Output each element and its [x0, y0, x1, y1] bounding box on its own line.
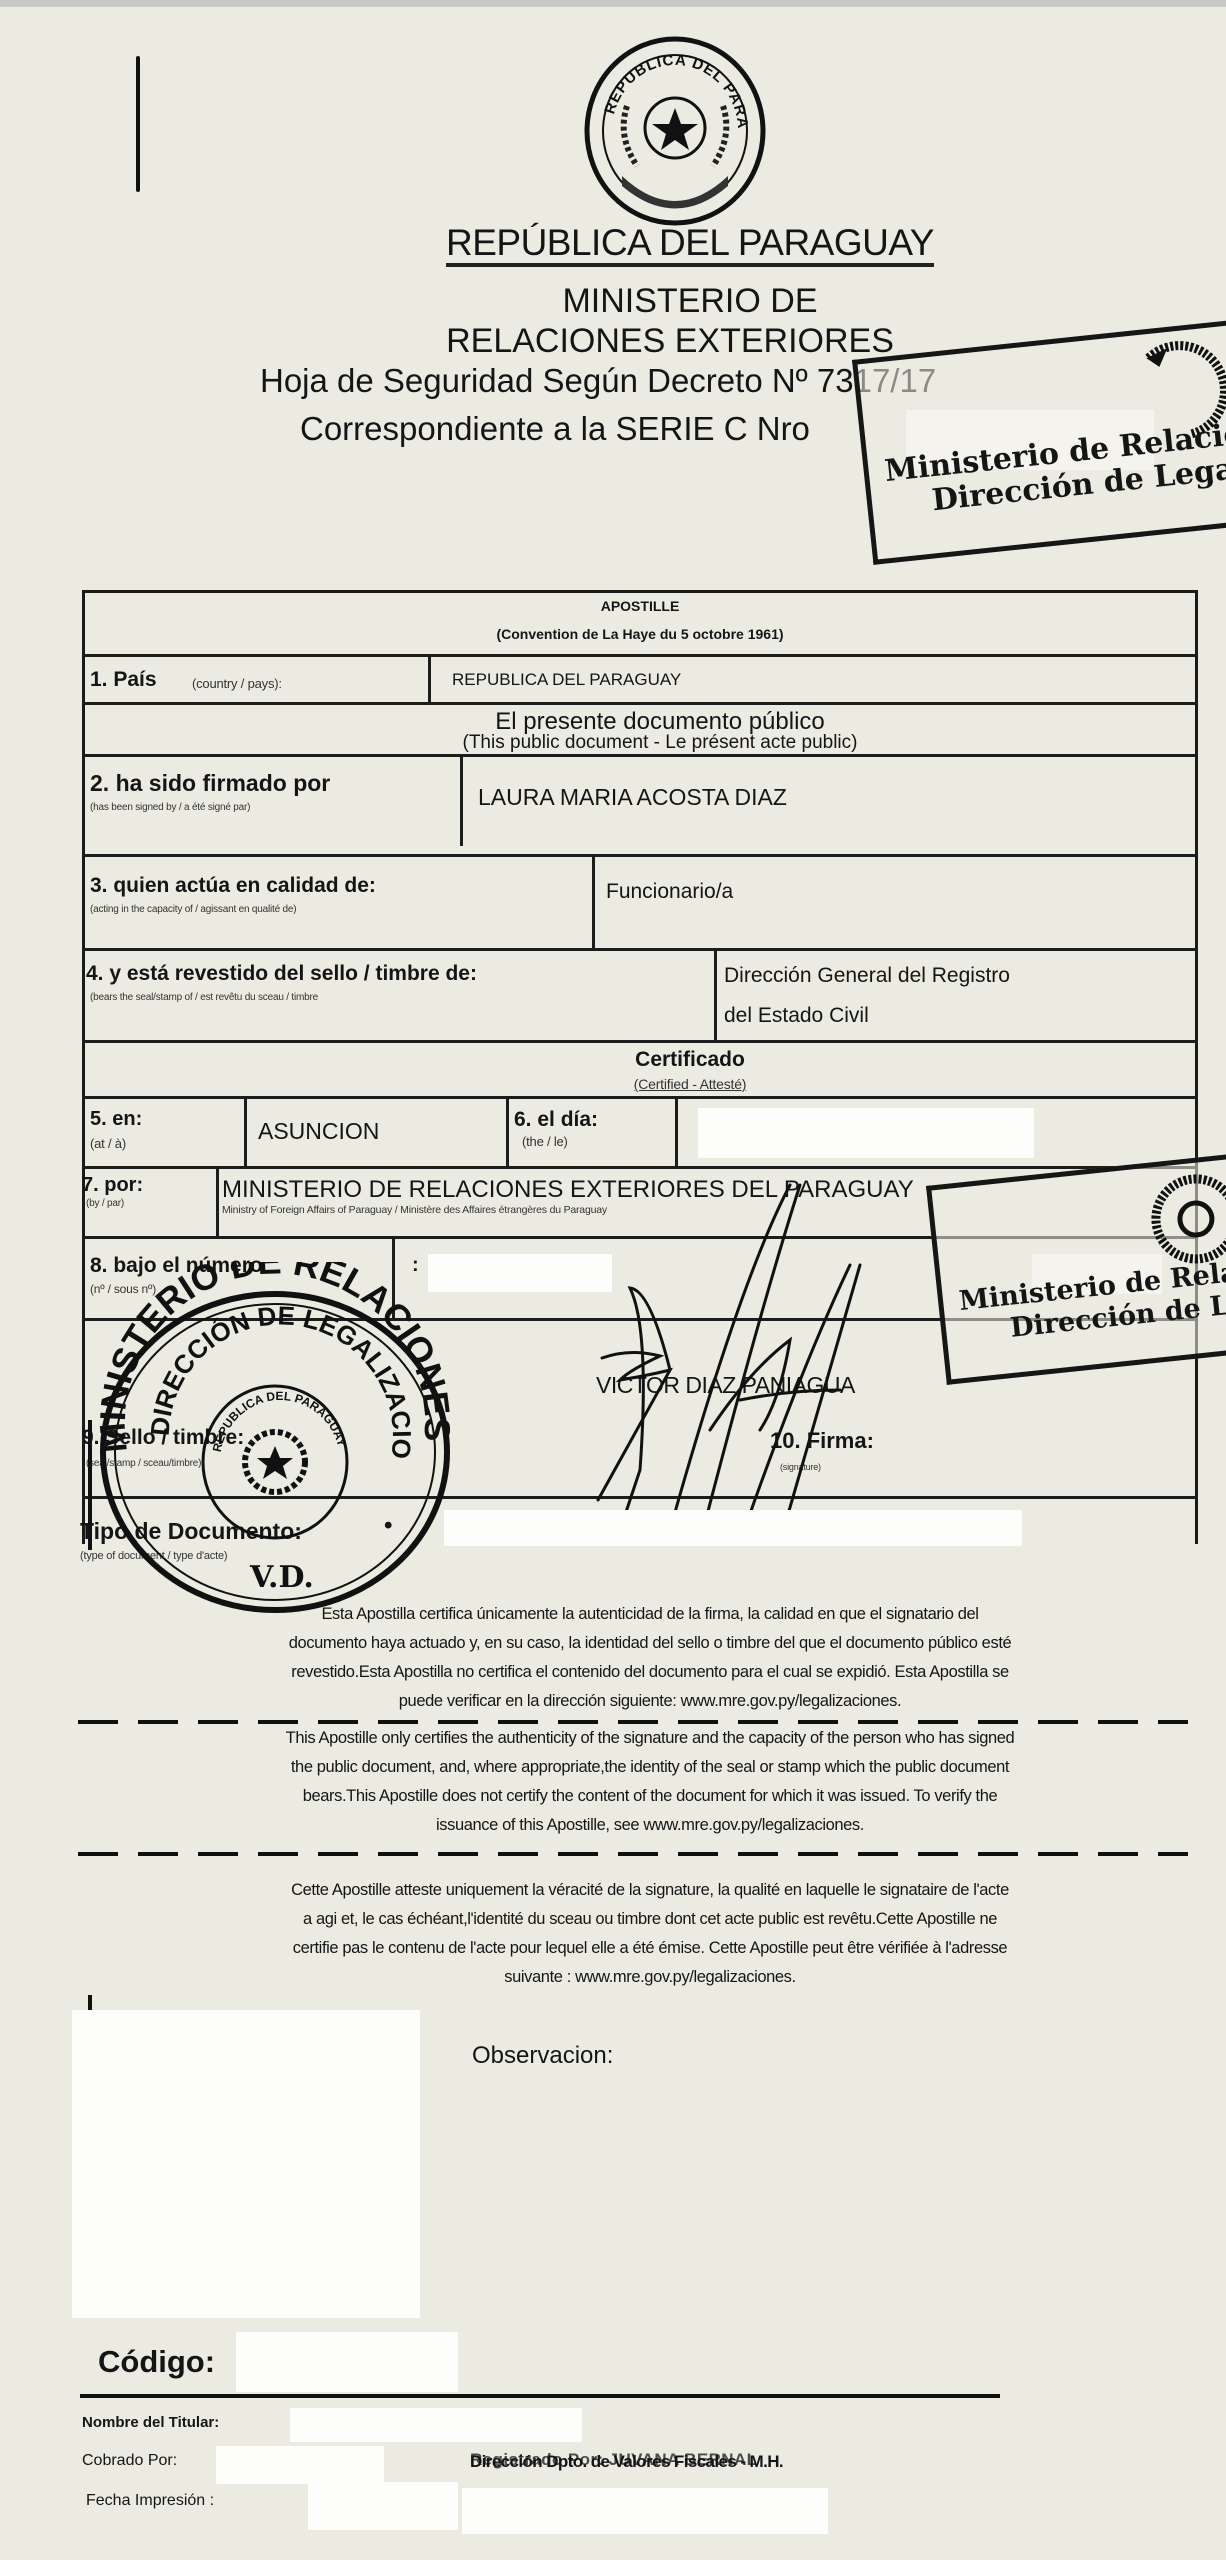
field-capacity-label: 3. quien actúa en calidad de:	[90, 874, 376, 898]
rule	[216, 1166, 219, 1236]
rule	[82, 948, 1198, 951]
ministry-rect-stamp-2: Ministerio de Relaciones Dirección de Le…	[926, 1152, 1226, 1385]
field-seal-of-sub: (bears the seal/stamp of / est revêtu du…	[90, 992, 318, 1003]
margin-mark	[88, 1420, 92, 1550]
rule	[82, 1040, 1198, 1043]
rule	[675, 1096, 678, 1166]
field-country-label: 1. País	[90, 668, 157, 692]
field-place-value: ASUNCION	[258, 1118, 379, 1145]
rule	[82, 702, 1198, 705]
disclaimer-es: Esta Apostilla certifica únicamente la a…	[100, 1600, 1200, 1716]
rule	[82, 854, 1198, 857]
print-date-label: Fecha Impresión :	[86, 2492, 214, 2510]
security-sheet-decree: Hoja de Seguridad Según Decreto Nº 7317/…	[260, 362, 940, 400]
field-capacity-sub: (acting in the capacity of / agissant en…	[90, 904, 296, 915]
rule	[592, 854, 595, 948]
ministry-title-line1: MINISTERIO DE	[420, 282, 960, 321]
registered-by-text: Registrado Por: JUVANA BERNAL	[470, 2450, 757, 2470]
field-by-value-sub: Ministry of Foreign Affairs of Paraguay …	[222, 1204, 607, 1216]
field-date-value-redacted	[698, 1108, 1034, 1158]
disclaimer-en: This Apostille only certifies the authen…	[100, 1724, 1200, 1840]
field-by-label: 7. por:	[82, 1174, 143, 1197]
rule	[428, 654, 431, 702]
rule	[82, 754, 1198, 757]
republic-title: REPÚBLICA DEL PARAGUAY	[420, 222, 960, 264]
legalization-round-stamp: MINISTERIO DE RELACIONES EXTERIORES DIRE…	[90, 1262, 470, 1614]
rule	[82, 1096, 1198, 1099]
doc-type-value-redacted	[444, 1510, 1022, 1546]
code-value-redacted	[236, 2332, 458, 2392]
field-seal-of-value-1: Dirección General del Registro	[724, 964, 1010, 988]
rule	[244, 1096, 247, 1166]
svg-text:REPUBLICA DEL PARAGUAY: REPUBLICA DEL PARAGUAY	[210, 1389, 349, 1453]
observation-label: Observacion:	[472, 2042, 613, 2070]
field-date-label: 6. el día:	[514, 1108, 598, 1132]
field-capacity-value: Funcionario/a	[606, 880, 733, 904]
field-seal-of-label: 4. y está revestido del sello / timbre d…	[86, 962, 477, 986]
rule	[82, 654, 1198, 657]
rule	[714, 948, 717, 1040]
field-date-sub: (the / le)	[522, 1134, 568, 1149]
rule	[506, 1096, 509, 1166]
rule	[460, 754, 463, 846]
print-date-redacted	[308, 2482, 458, 2530]
handwritten-signature	[590, 1170, 890, 1550]
scan-top-edge	[0, 0, 1226, 7]
field-signed-by-label: 2. ha sido firmado por	[90, 770, 330, 797]
field-signed-by-value: LAURA MARIA ACOSTA DIAZ	[478, 784, 787, 811]
field-country-value: REPUBLICA DEL PARAGUAY	[452, 670, 681, 690]
series-label: Correspondiente a la SERIE C Nro	[300, 410, 900, 448]
field-by-sub: (by / par)	[86, 1198, 124, 1209]
holder-name-redacted	[290, 2408, 582, 2442]
certified-sub: (Certified - Attesté)	[520, 1076, 860, 1092]
footer-rule	[80, 2394, 1000, 2398]
photo-area-redacted	[72, 2010, 420, 2318]
field-place-label: 5. en:	[90, 1108, 142, 1131]
convention-caption: (Convention de La Haye du 5 octobre 1961…	[82, 626, 1198, 642]
rule	[82, 1166, 1198, 1169]
margin-mark	[136, 56, 140, 192]
disclaimer-fr: Cette Apostille atteste uniquement la vé…	[100, 1876, 1200, 1992]
holder-name-label: Nombre del Titular:	[82, 2414, 219, 2431]
field-country-sub: (country / pays):	[192, 676, 282, 691]
public-document-sub: (This public document - Le présent acte …	[360, 732, 960, 754]
dashed-divider	[78, 1852, 1188, 1856]
print-time-redacted	[462, 2488, 828, 2534]
charged-by-redacted	[216, 2446, 384, 2484]
code-label: Código:	[98, 2344, 215, 2380]
field-place-sub: (at / à)	[90, 1136, 126, 1151]
national-seal-icon: REPUBLICA DEL PARAGUAY	[582, 36, 768, 226]
field-seal-of-value-2: del Estado Civil	[724, 1004, 869, 1028]
svg-text:V.D.: V.D.	[249, 1560, 314, 1595]
charged-by-label: Cobrado Por:	[82, 2452, 177, 2470]
field-signed-by-sub: (has been signed by / a été signé par)	[90, 802, 250, 813]
apostille-title: APOSTILLE	[82, 598, 1198, 614]
certified-caption: Certificado	[520, 1048, 860, 1072]
ministry-title-line2: RELACIONES EXTERIORES	[380, 322, 960, 361]
